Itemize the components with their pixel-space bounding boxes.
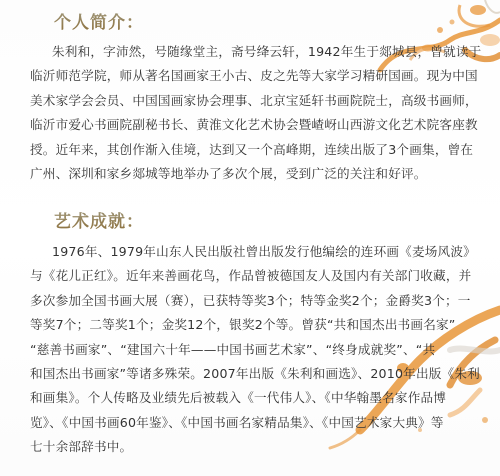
bio-line: 临沂市爱心书画院副秘书长、黄淮文化艺术协会暨嵖岈山西游文化艺术院客座教 [30,113,475,137]
achievements-line: 七十余部辞书中。 [30,435,475,459]
bio-paragraph: 朱利和，字沛然，号随缘堂主，斋号绛云轩，1942年生于郯城县，曾就读于 临沂师范… [30,40,475,186]
bio-line: 临沂师范学院，师从著名国画家王小古、皮之先等大家学习精研国画。现为中国 [30,64,475,88]
achievements-line: 1976年、1979年山东人民出版社曾出版发行他编绘的连环画《麦场风波》 [30,240,475,264]
achievements-heading: 艺术成就： [54,207,144,232]
bio-heading: 个人简介： [54,8,144,33]
achievements-line: “慈善书画家”、“建国六十年——中国书画艺术家”、“终身成就奖”、“共 [30,338,475,362]
achievements-line: 等奖7个；二等奖1个；金奖12个，银奖2个等。曾获“共和国杰出书画名家” [30,313,475,337]
achievements-line: 览》、《中国书画60年鉴》、《中国书画名家精品集》、《中国艺术家大典》等 [30,411,475,435]
bio-line: 朱利和，字沛然，号随缘堂主，斋号绛云轩，1942年生于郯城县，曾就读于 [30,40,475,64]
bio-line: 授。近年来，其创作渐入佳境，达到又一个高峰期，连续出版了3个画集，曾在 [30,138,475,162]
achievements-paragraph: 1976年、1979年山东人民出版社曾出版发行他编绘的连环画《麦场风波》 与《花… [30,240,475,460]
achievements-line: 和画集》。个人传略及业绩先后被载入《一代伟人》、《中华翰墨名家作品博 [30,386,475,410]
achievements-line: 和国杰出书画家”等诸多殊荣。2007年出版《朱利和画选》、2010年出版《朱利 [30,362,475,386]
bio-line: 美术家学会会员、中国国画家协会理事、北京宝延轩书画院院士，高级书画师， [30,89,475,113]
bio-line: 广州、深圳和家乡郯城等地举办了多次个展，受到广泛的关注和好评。 [30,162,475,186]
achievements-line: 多次参加全国书画大展（赛），已获特等奖3个；特等金奖2个；金爵奖3个；一 [30,289,475,313]
achievements-line: 与《花儿正红》。近年来善画花鸟，作品曾被德国友人及国内有关部门收藏，并 [30,264,475,288]
